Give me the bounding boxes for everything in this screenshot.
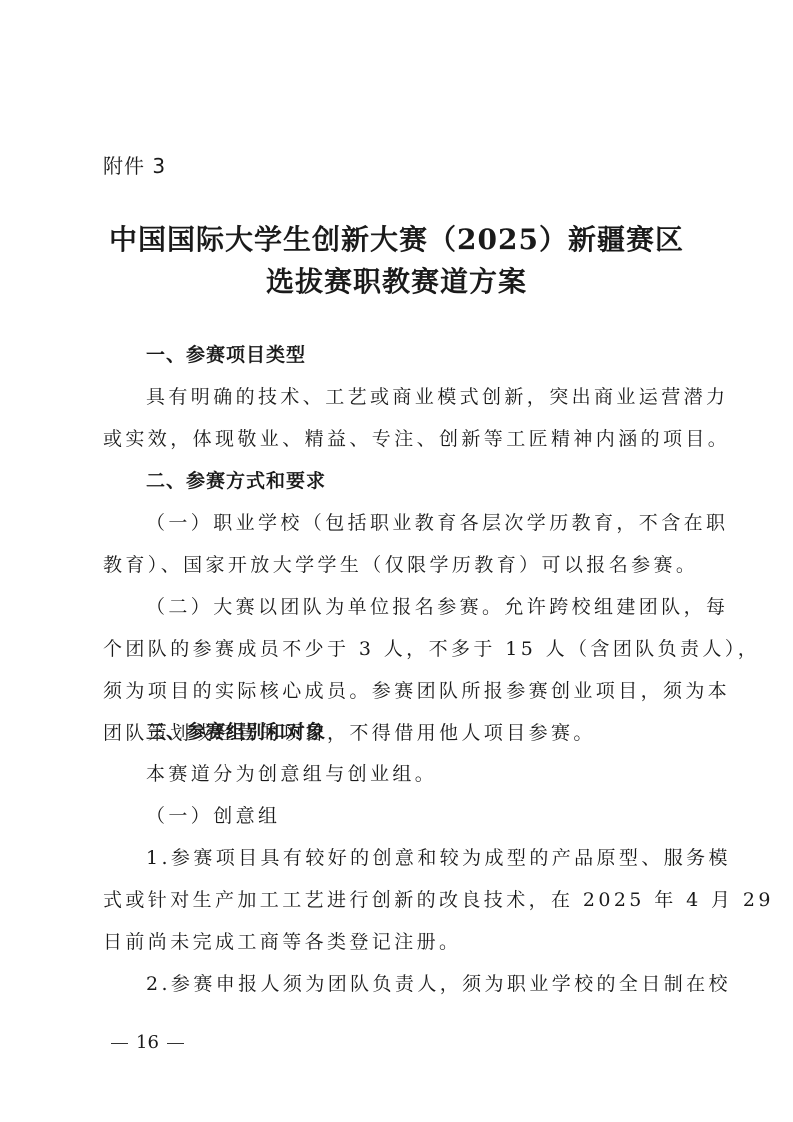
section-heading: 二、参赛方式和要求 [146, 466, 693, 493]
paragraph-line: 1.参赛项目具有较好的创意和较为成型的产品原型、服务模 [146, 843, 693, 870]
paragraph-line: （一）职业学校（包括职业教育各层次学历教育，不含在职 [146, 508, 693, 535]
paragraph-line: （一）创意组 [146, 801, 693, 828]
document-title-line-2: 选拔赛职教赛道方案 [0, 260, 793, 300]
paragraph-line: 教育）、国家开放大学学生（仅限学历教育）可以报名参赛。 [103, 550, 693, 577]
footer-dash-left [111, 1043, 128, 1044]
page-footer: 16 [103, 1032, 192, 1053]
section-heading: 一、参赛项目类型 [146, 340, 693, 367]
paragraph-line: 须为项目的实际核心成员。参赛团队所报参赛创业项目，须为本 [103, 676, 693, 703]
paragraph-line: 2.参赛申报人须为团队负责人，须为职业学校的全日制在校 [146, 969, 693, 996]
page-number: 16 [136, 1032, 159, 1053]
document-title-line-1: 中国国际大学生创新大赛（2025）新疆赛区 [0, 218, 793, 258]
paragraph-line: 日前尚未完成工商等各类登记注册。 [103, 927, 693, 954]
paragraph-line: 或实效，体现敬业、精益、专注、创新等工匠精神内涵的项目。 [103, 424, 693, 451]
paragraph-line: 式或针对生产加工工艺进行创新的改良技术，在 2025 年 4 月 29 [103, 885, 693, 912]
section-heading: 三、参赛组别和对象 [146, 717, 693, 744]
paragraph-line: 本赛道分为创意组与创业组。 [146, 759, 693, 786]
paragraph-line: （二）大赛以团队为单位报名参赛。允许跨校组建团队，每 [146, 592, 693, 619]
footer-dash-right [167, 1043, 184, 1044]
paragraph-line: 个团队的参赛成员不少于 3 人，不多于 15 人（含团队负责人）， [103, 634, 693, 661]
paragraph-line: 具有明确的技术、工艺或商业模式创新，突出商业运营潜力 [146, 382, 693, 409]
attachment-label: 附件 3 [103, 150, 166, 179]
